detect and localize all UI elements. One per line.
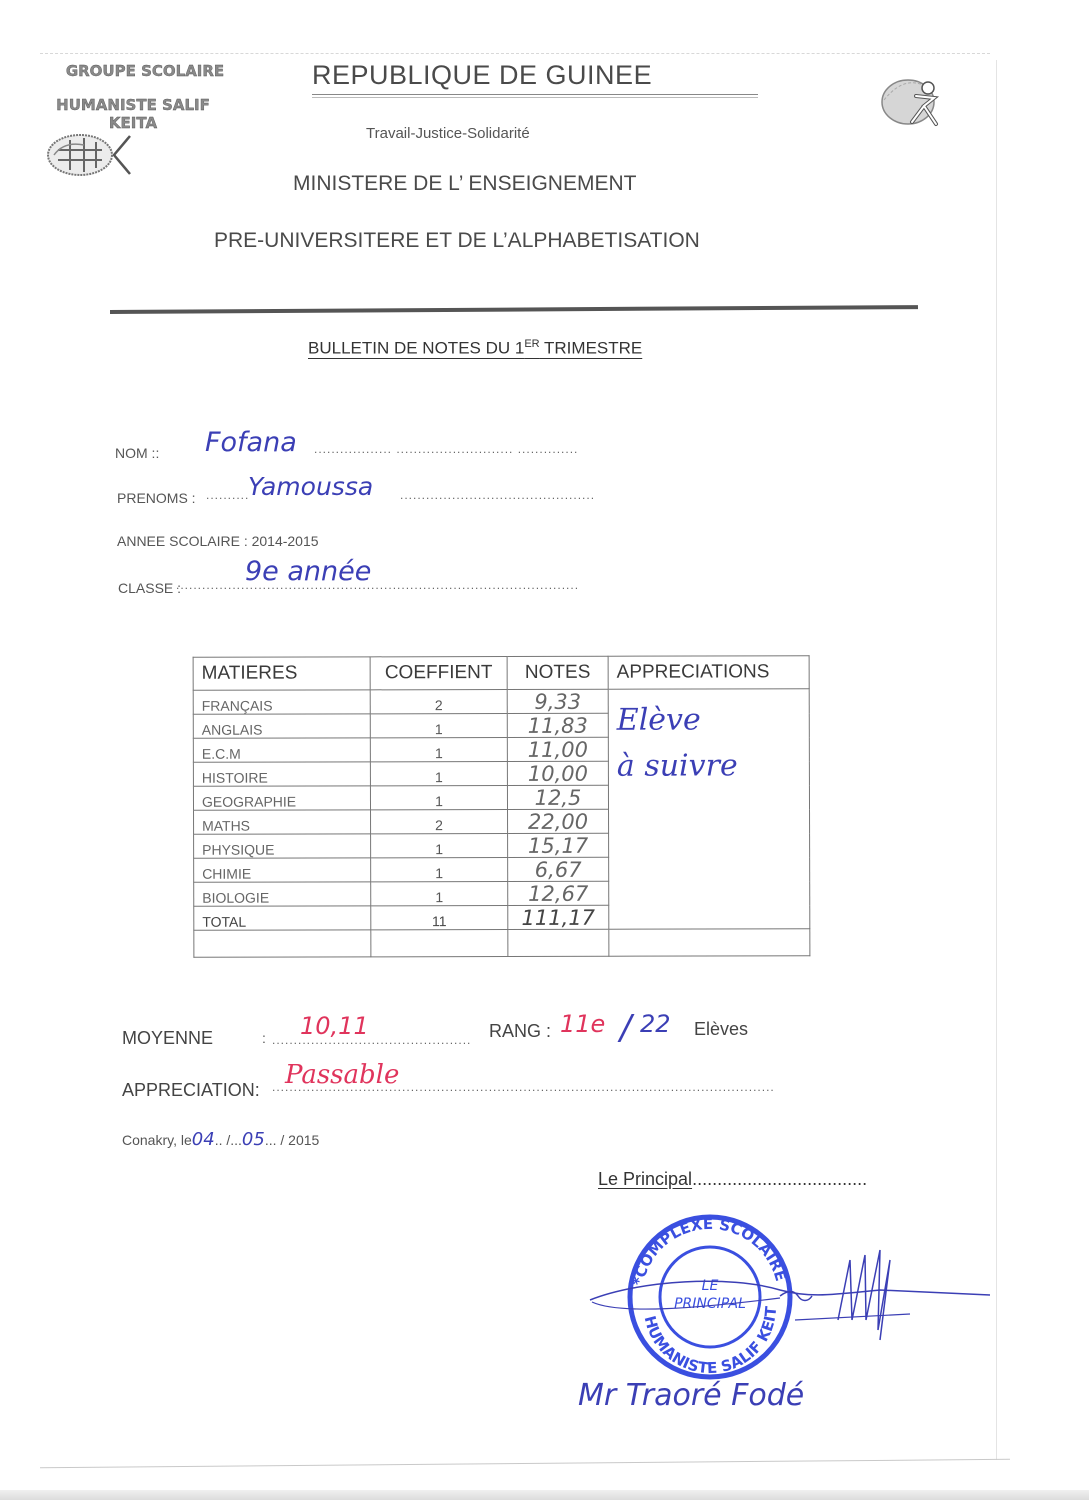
scan-edge (0, 1490, 1089, 1500)
blank-row (194, 929, 810, 958)
date-line: Conakry, le04.. /...05... / 2015 (122, 1129, 319, 1150)
header-notes: NOTES (507, 656, 608, 689)
rang-label: RANG : (489, 1021, 551, 1042)
appreciation-line-2: à suivre (617, 743, 801, 789)
moyenne-label: MOYENNE (122, 1028, 213, 1049)
nom-label: NOM :: (115, 445, 159, 461)
date-sep-1: .. /... (215, 1132, 242, 1148)
country-title-underline (312, 94, 758, 95)
note-cell: 11,83 (507, 713, 608, 737)
title-prefix: BULLETIN DE NOTES DU 1 (308, 339, 524, 358)
globe-figure-emblem-icon (876, 70, 946, 130)
note-cell: 22,00 (508, 809, 609, 833)
rang-suffix: Elèves (694, 1019, 748, 1040)
date-sep-2: ... (265, 1132, 281, 1148)
note-cell: 6,67 (508, 857, 609, 881)
rang-total: 22 (640, 1010, 671, 1038)
principal-signature-icon (580, 1240, 1000, 1350)
subject-cell: FRANÇAIS (193, 690, 370, 714)
appreciation-value: Passable (285, 1060, 399, 1090)
header-divider (110, 305, 918, 314)
blank-cell (609, 929, 810, 957)
total-coef: 11 (371, 905, 508, 929)
grades-header-row: MATIERES COEFFIENT NOTES APPRECIATIONS (193, 656, 809, 691)
ministry-line-2: PRE-UNIVERSITERE ET DE L’ALPHABETISATION (214, 229, 700, 253)
moyenne-value: 10,11 (300, 1012, 369, 1040)
subject-cell: PHYSIQUE (194, 834, 371, 858)
school-name-line2: HUMANISTE SALIF KEITA (48, 96, 218, 132)
prenoms-dotted-line-start: .......... (206, 488, 249, 502)
prenoms-value: Yamoussa (248, 472, 373, 501)
classe-dotted-line: ........................................… (176, 578, 579, 592)
subject-cell: ANGLAIS (193, 714, 370, 738)
national-motto: Travail-Justice-Solidarité (366, 125, 530, 142)
date-day: 04 (192, 1129, 215, 1150)
subject-cell: CHIMIE (194, 858, 371, 882)
header-matieres: MATIERES (193, 657, 370, 690)
page-border-bottom (40, 1459, 1010, 1468)
classe-value: 9e année (245, 556, 371, 587)
appreciation-cell: Elève à suivre (608, 689, 810, 930)
country-title-underline-2 (312, 97, 758, 98)
prenoms-dotted-line-end: ........................................… (400, 488, 595, 502)
rang-slash: / (620, 1008, 631, 1048)
coef-cell: 1 (370, 713, 507, 737)
subject-cell: E.C.M (193, 738, 370, 762)
title-suffix: TRIMESTRE (540, 339, 643, 358)
date-month: 05 (242, 1129, 265, 1150)
blank-cell (194, 930, 371, 957)
coef-cell: 1 (370, 737, 507, 761)
subject-cell: GEOGRAPHIE (193, 786, 370, 810)
prenoms-label: PRENOMS : (117, 490, 196, 506)
country-title: REPUBLIQUE DE GUINEE (312, 60, 652, 91)
coef-cell: 2 (370, 689, 507, 713)
note-cell: 15,17 (508, 833, 609, 857)
subject-cell: HISTOIRE (193, 762, 370, 786)
note-cell: 12,5 (507, 785, 608, 809)
blank-cell (371, 929, 508, 956)
classe-label: CLASSE : (118, 580, 181, 596)
document-title: BULLETIN DE NOTES DU 1ER TRIMESTRE (308, 338, 642, 359)
title-superscript: ER (524, 338, 539, 350)
ministry-line-1: MINISTERE DE L’ ENSEIGNEMENT (293, 172, 636, 196)
appreciation-line-1: Elève (617, 697, 801, 743)
coef-cell: 1 (371, 881, 508, 905)
total-note: 111,17 (508, 905, 609, 929)
nom-value: Fofana (205, 427, 297, 458)
coef-cell: 2 (371, 809, 508, 833)
nom-dotted-line: .................. .....................… (314, 442, 578, 456)
coef-cell: 1 (371, 857, 508, 881)
coef-cell: 1 (370, 785, 507, 809)
page-border-top (40, 53, 990, 54)
principal-label-text: Le Principal (598, 1169, 692, 1189)
coef-cell: 1 (371, 833, 508, 857)
principal-dotted-line: ................................... (692, 1169, 867, 1189)
header-coefficient: COEFFIENT (370, 656, 507, 689)
school-emblem-icon (44, 130, 134, 180)
table-row: FRANÇAIS 2 9,33 Elève à suivre (193, 689, 809, 715)
total-label: TOTAL (194, 906, 371, 930)
note-cell: 10,00 (507, 761, 608, 785)
principal-label: Le Principal............................… (598, 1169, 867, 1190)
grades-table: MATIERES COEFFIENT NOTES APPRECIATIONS F… (193, 655, 811, 958)
note-cell: 11,00 (507, 737, 608, 761)
principal-name: Mr Traoré Fodé (578, 1378, 804, 1413)
header-appreciations: APPRECIATIONS (608, 656, 809, 690)
date-year: / 2015 (280, 1132, 319, 1148)
school-name-line1: GROUPE SCOLAIRE (60, 62, 230, 80)
subject-cell: BIOLOGIE (194, 882, 371, 906)
blank-cell (508, 929, 609, 956)
subject-cell: MATHS (194, 810, 371, 834)
appreciation-label: APPRECIATION: (122, 1080, 260, 1101)
school-year: ANNEE SCOLAIRE : 2014-2015 (117, 533, 319, 549)
rang-value: 11e (560, 1010, 605, 1038)
note-cell: 12,67 (508, 881, 609, 905)
moyenne-colon: : (262, 1030, 266, 1046)
date-prefix: Conakry, le (122, 1132, 192, 1148)
coef-cell: 1 (370, 761, 507, 785)
note-cell: 9,33 (507, 689, 608, 713)
